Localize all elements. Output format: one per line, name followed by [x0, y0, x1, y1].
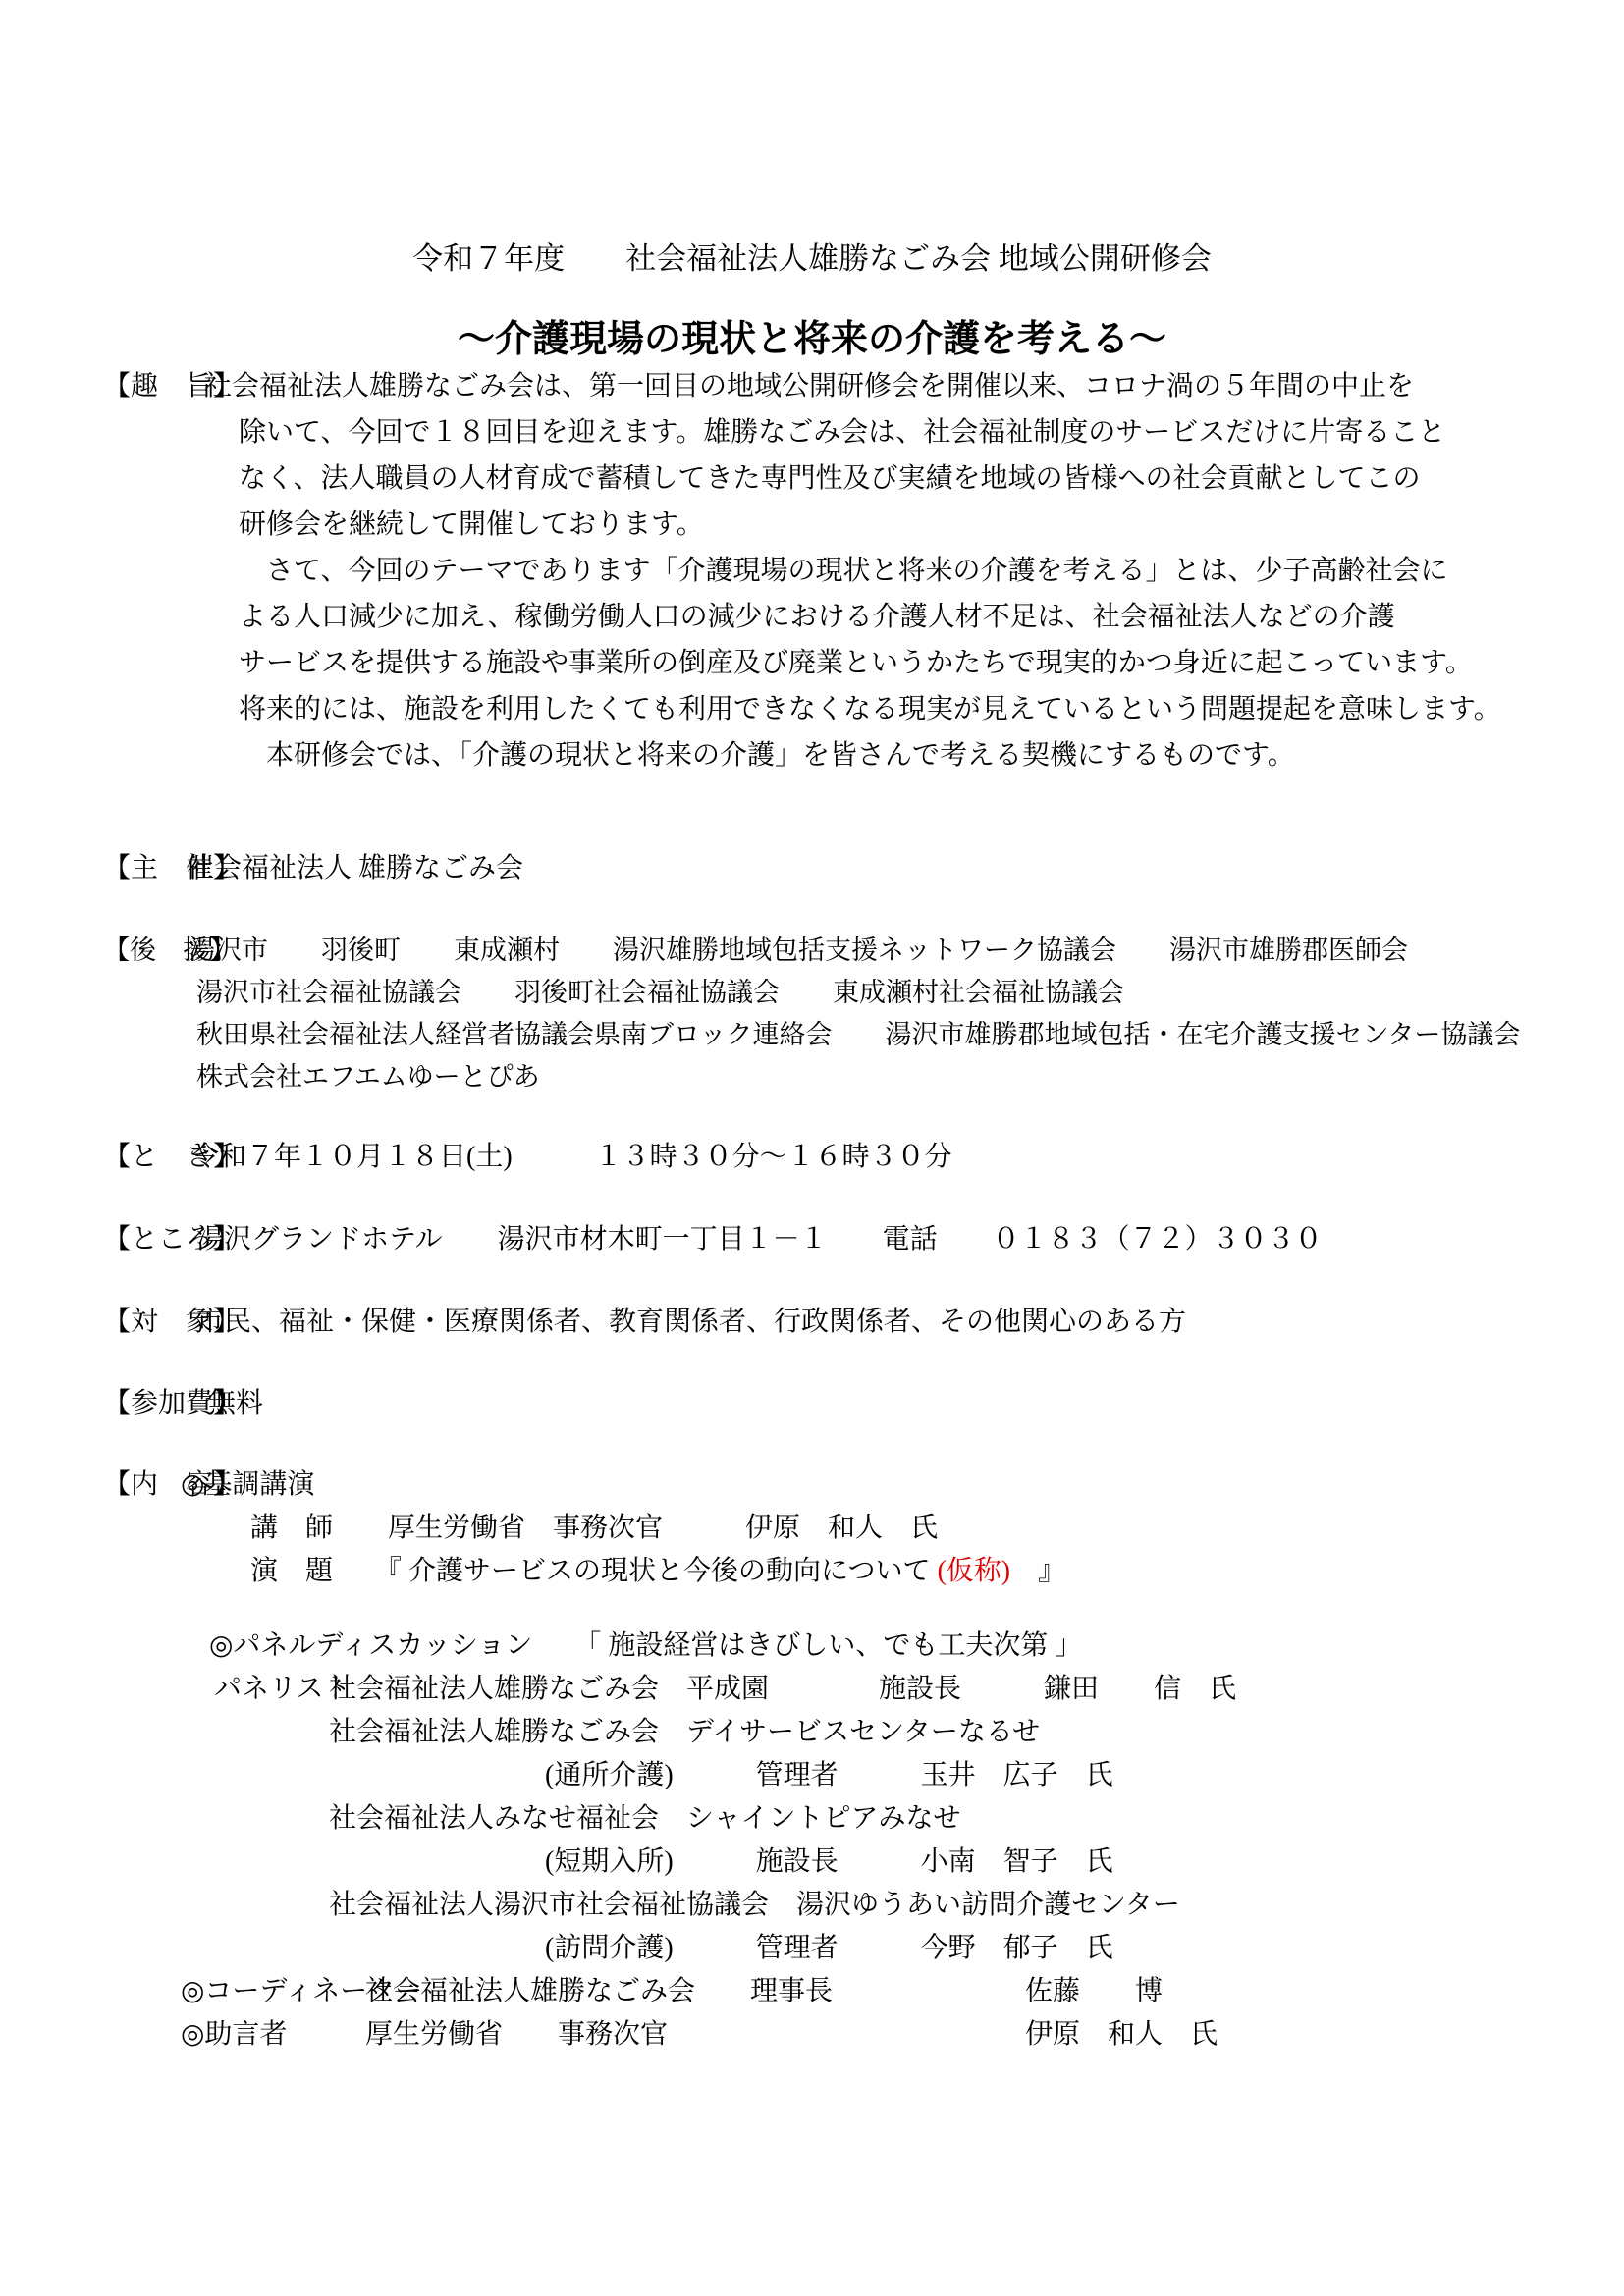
panelist-row: (短期入所) 施設長 小南 智子 氏	[545, 1845, 1113, 1879]
supporters-line: 湯沢市 羽後町 東成瀬村 湯沢雄勝地域包括支援ネットワーク協議会 湯沢市雄勝郡医…	[189, 934, 1408, 966]
purpose-line: なく、法人職員の人材育成で蓄積してきた専門性及び実績を地域の皆様への社会貢献とし…	[239, 462, 1420, 496]
purpose-line: サービスを提供する施設や事業所の倒産及び廃業というかたちで現実的かつ身近に起こっ…	[239, 647, 1473, 680]
panel-heading: ◎パネルディスカッション 「 施設経営はきびしい、でも工夫次第 」	[209, 1629, 1082, 1663]
panelist-row: 社会福祉法人雄勝なごみ会 平成園 施設長 鎌田 信 氏	[329, 1673, 1236, 1706]
purpose-line: 除いて、今回で１８回目を迎えます。雄勝なごみ会は、社会福祉制度のサービスだけに片…	[239, 416, 1445, 450]
venue-value: 湯沢グランドホテル 湯沢市材木町一丁目１－１ 電話 ０１８３（７２）３０３０	[196, 1223, 1323, 1256]
keynote-topic-tentative: (仮称)	[937, 1556, 1010, 1586]
keynote-lecturer: 講 師 厚生労働省 事務次官 伊原 和人 氏	[250, 1512, 938, 1545]
purpose-line: 社会福祉法人雄勝なごみ会は、第一回目の地域公開研修会を開催以来、コロナ渦の５年間…	[204, 370, 1414, 403]
panelist-row: 社会福祉法人みなせ福祉会 シャイントピアみなせ	[329, 1802, 960, 1836]
organizer-value: 社会福祉法人 雄勝なごみ会	[187, 852, 523, 885]
panelist-row: (訪問介護) 管理者 今野 郁子 氏	[545, 1932, 1113, 1965]
supporters-line: 株式会社エフエムゆーとぴあ	[196, 1061, 540, 1093]
page-title: 令和７年度 社会福祉法人雄勝なごみ会 地域公開研修会	[0, 234, 1624, 278]
purpose-line: よる人口減少に加え、稼働労働人口の減少における介護人材不足は、社会福祉法人などの…	[239, 601, 1395, 634]
keynote-topic-text: 演 題 『 介護サービスの現状と今後の動向について	[250, 1556, 937, 1586]
page-subtitle: ～介護現場の現状と将来の介護を考える～	[0, 308, 1624, 362]
audience-value: 市民、福祉・保健・医療関係者、教育関係者、行政関係者、その他関心のある方	[196, 1306, 1186, 1339]
purpose-line: 研修会を継続して開催しております。	[239, 508, 704, 542]
panelist-row: (通所介護) 管理者 玉井 広子 氏	[545, 1759, 1113, 1792]
purpose-line: 将来的には、施設を利用したくても利用できなくなる現実が見えているという問題提起を…	[239, 693, 1501, 726]
keynote-topic-close: 』	[1010, 1556, 1065, 1586]
datetime-value: 令和７年１０月１８日(土) １３時３０分～１６時３０分	[191, 1141, 952, 1174]
purpose-line: 本研修会では、「介護の現状と将来の介護」を皆さんで考える契機にするものです。	[239, 739, 1295, 773]
advisor-value: 厚生労働省 事務次官 伊原 和人 氏	[365, 2018, 1218, 2052]
fee-value: 無料	[208, 1387, 263, 1420]
document-page: 令和７年度 社会福祉法人雄勝なごみ会 地域公開研修会 ～介護現場の現状と将来の介…	[0, 0, 1624, 2296]
keynote-topic: 演 題 『 介護サービスの現状と今後の動向について (仮称) 』	[250, 1555, 1065, 1588]
purpose-line: さて、今回のテーマであります「介護現場の現状と将来の介護を考える」とは、少子高齢…	[239, 555, 1447, 588]
coordinator-value: 社会福祉法人雄勝なごみ会 理事長 佐藤 博	[365, 1975, 1163, 2008]
advisor-label: ◎助言者	[181, 2018, 287, 2052]
panelist-row: 社会福祉法人湯沢市社会福祉協議会 湯沢ゆうあい訪問介護センター	[329, 1889, 1180, 1922]
keynote-heading: ◎基調講演	[181, 1468, 314, 1502]
supporters-line: 秋田県社会福祉法人経営者協議会県南ブロック連絡会 湯沢市雄勝郡地域包括・在宅介護…	[196, 1019, 1520, 1050]
panelist-row: 社会福祉法人雄勝なごみ会 デイサービスセンターなるせ	[329, 1716, 1040, 1749]
supporters-line: 湯沢市社会福祉協議会 羽後町社会福祉協議会 東成瀬村社会福祉協議会	[196, 977, 1124, 1008]
